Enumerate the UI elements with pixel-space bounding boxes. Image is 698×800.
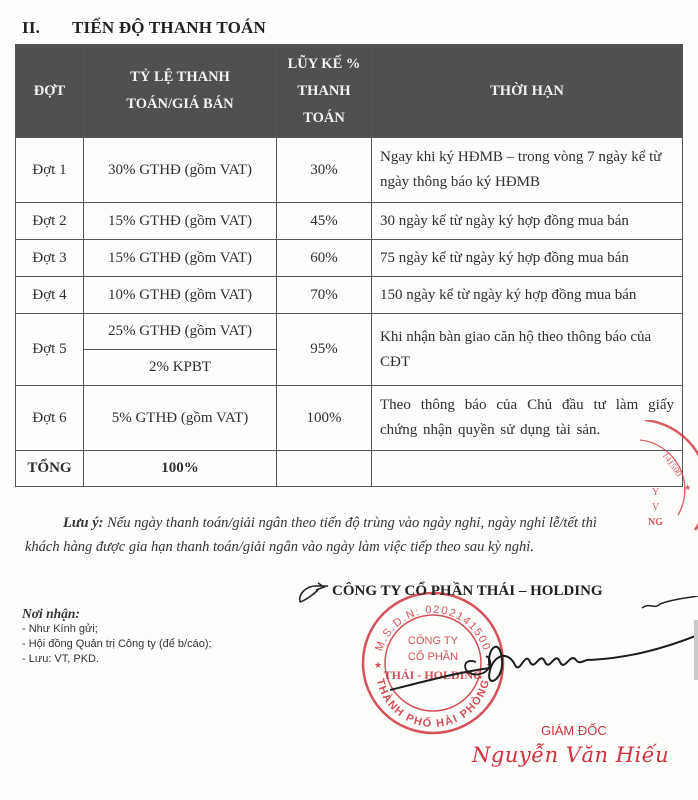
table-row: Đợt 5 25% GTHĐ (gồm VAT) 95% Khi nhận bà… (16, 314, 683, 350)
header-cumulative: LŨY KẾ % THANH TOÁN (277, 45, 372, 138)
cell-rate: 10% GTHĐ (gồm VAT) (84, 277, 277, 314)
table-row: Đợt 2 15% GTHĐ (gồm VAT) 45% 30 ngày kể … (16, 203, 683, 240)
svg-text:Y: Y (652, 487, 659, 498)
cell-rate: 5% GTHĐ (gồm VAT) (84, 386, 277, 451)
header-installment: ĐỢT (16, 45, 84, 138)
cell-rate: 30% GTHĐ (gồm VAT) (84, 138, 277, 203)
cell-cumulative: 95% (277, 314, 372, 386)
table-row: Đợt 4 10% GTHĐ (gồm VAT) 70% 150 ngày kể… (16, 277, 683, 314)
signature-icon (390, 630, 698, 710)
director-name: Nguyễn Văn Hiếu (472, 743, 669, 767)
payment-note: Lưu ý: Nếu ngày thanh toán/giải ngân the… (25, 511, 675, 559)
cell-deadline: Theo thông báo của Chủ đầu tư làm giấy c… (372, 386, 683, 451)
svg-text:★: ★ (374, 660, 382, 670)
director-title: GIÁM ĐỐC (541, 723, 607, 738)
section-number: II. (22, 18, 72, 38)
recipient-item: - Như Kính gửi; (22, 622, 212, 637)
cell-rate: 25% GTHĐ (gồm VAT) (84, 314, 277, 350)
flourish-right-icon (640, 596, 698, 614)
svg-text:V: V (652, 502, 660, 513)
header-rate-line1: TỶ LỆ THANH (92, 64, 268, 91)
cell-cumulative: 45% (277, 203, 372, 240)
table-row: Đợt 6 5% GTHĐ (gồm VAT) 100% Theo thông … (16, 386, 683, 451)
cell-rate: 15% GTHĐ (gồm VAT) (84, 203, 277, 240)
total-value: 100% (84, 451, 277, 487)
svg-text:141500: 141500 (660, 450, 684, 478)
cell-installment: Đợt 4 (16, 277, 84, 314)
table-total-row: TỔNG 100% (16, 451, 683, 487)
section-title: II.TIẾN ĐỘ THANH TOÁN (22, 18, 266, 38)
header-cumulative-line1: LŨY KẾ % (285, 51, 363, 78)
table-header-row: ĐỢT TỶ LỆ THANH TOÁN/GIÁ BÁN LŨY KẾ % TH… (16, 45, 683, 138)
partial-seal-icon: 141500 ★ Y V NG (640, 420, 698, 540)
total-empty-cell (372, 451, 683, 487)
total-label: TỔNG (16, 451, 84, 487)
note-line1: Lưu ý: Nếu ngày thanh toán/giải ngân the… (25, 511, 675, 535)
cell-installment: Đợt 3 (16, 240, 84, 277)
table-row: Đợt 1 30% GTHĐ (gồm VAT) 30% Ngay khi ký… (16, 138, 683, 203)
cell-deadline: 30 ngày kể từ ngày ký hợp đồng mua bán (372, 203, 683, 240)
flourish-left-icon (296, 580, 332, 604)
cell-installment: Đợt 6 (16, 386, 84, 451)
recipients-block: Nơi nhận: - Như Kính gửi; - Hội đồng Quả… (22, 605, 212, 667)
recipients-heading: Nơi nhận: (22, 605, 212, 622)
cell-cumulative: 60% (277, 240, 372, 277)
cell-deadline: Ngay khi ký HĐMB – trong vòng 7 ngày kể … (372, 138, 683, 203)
note-label: Lưu ý: (63, 515, 104, 531)
recipient-item: - Lưu: VT, PKD. (22, 652, 212, 667)
cell-installment: Đợt 1 (16, 138, 84, 203)
note-text1: Nếu ngày thanh toán/giải ngân theo tiến … (104, 515, 597, 531)
cell-rate-extra: 2% KPBT (84, 350, 277, 386)
header-deadline: THỜI HẠN (372, 45, 683, 138)
header-cumulative-line2: THANH (285, 78, 363, 105)
note-line2: khách hàng được gia hạn thanh toán/giải … (25, 535, 675, 559)
svg-text:★: ★ (684, 483, 691, 492)
page-edge (694, 620, 698, 680)
cell-rate: 15% GTHĐ (gồm VAT) (84, 240, 277, 277)
cell-cumulative: 30% (277, 138, 372, 203)
recipient-item: - Hội đồng Quản trị Công ty (để b/cáo); (22, 637, 212, 652)
svg-text:NG: NG (648, 517, 663, 528)
company-name: CÔNG TY CỔ PHẦN THÁI – HOLDING (332, 583, 603, 600)
section-heading: TIẾN ĐỘ THANH TOÁN (72, 18, 266, 37)
payment-schedule-table: ĐỢT TỶ LỆ THANH TOÁN/GIÁ BÁN LŨY KẾ % TH… (15, 44, 683, 487)
cell-deadline: 150 ngày kể từ ngày ký hợp đồng mua bán (372, 277, 683, 314)
cell-deadline: Khi nhận bàn giao căn hộ theo thông báo … (372, 314, 683, 386)
cell-deadline: 75 ngày kể từ ngày ký hợp đồng mua bán (372, 240, 683, 277)
cell-installment: Đợt 5 (16, 314, 84, 386)
cell-cumulative: 100% (277, 386, 372, 451)
header-rate-line2: TOÁN/GIÁ BÁN (92, 91, 268, 118)
cell-installment: Đợt 2 (16, 203, 84, 240)
header-cumulative-line3: TOÁN (285, 105, 363, 132)
cell-cumulative: 70% (277, 277, 372, 314)
total-empty-cell (277, 451, 372, 487)
header-rate: TỶ LỆ THANH TOÁN/GIÁ BÁN (84, 45, 277, 138)
table-row: Đợt 3 15% GTHĐ (gồm VAT) 60% 75 ngày kể … (16, 240, 683, 277)
